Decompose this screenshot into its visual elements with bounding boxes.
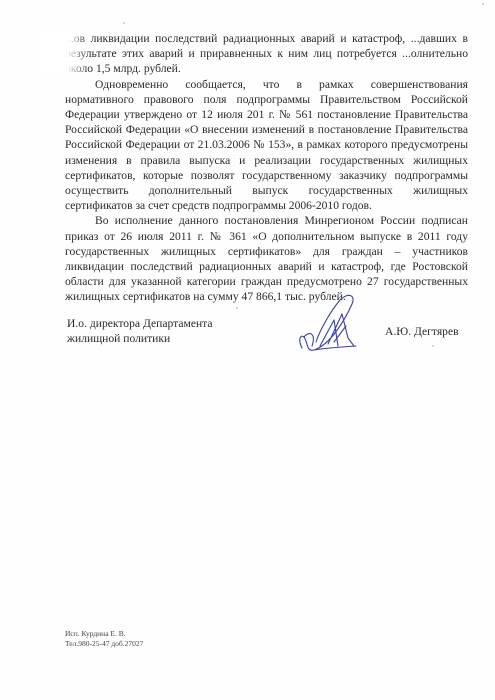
executor-footer: Исп. Курдина Е. В. Тел.980-25-47 доб.270… <box>65 629 143 648</box>
signatory-title-line2: жилищной политики <box>67 331 213 346</box>
signatory-title: И.о. директора Департамента жилищной пол… <box>67 316 213 346</box>
signatory-title-line1: И.о. директора Департамента <box>67 316 213 331</box>
scan-speck <box>432 345 434 347</box>
scan-speck <box>482 3 484 5</box>
scan-fade <box>40 28 88 78</box>
signatory-name: А.Ю. Дегтярев <box>385 325 459 338</box>
executor-phone: Тел.980-25-47 доб.27027 <box>65 639 143 649</box>
document-page: ...ов ликвидации последствий радиационны… <box>0 0 495 700</box>
executor-name: Исп. Курдина Е. В. <box>65 629 143 639</box>
paragraph-continuation: ...ов ликвидации последствий радиационны… <box>65 31 468 77</box>
paragraph-order: Во исполнение данного постановления Минр… <box>65 213 468 304</box>
handwritten-signature-icon <box>290 290 380 360</box>
letter-body: ...ов ликвидации последствий радиационны… <box>65 31 468 305</box>
scan-speck <box>236 307 238 309</box>
paragraph-regulation: Одновременно сообщается, что в рамках со… <box>65 77 468 214</box>
scan-speck <box>123 22 125 24</box>
